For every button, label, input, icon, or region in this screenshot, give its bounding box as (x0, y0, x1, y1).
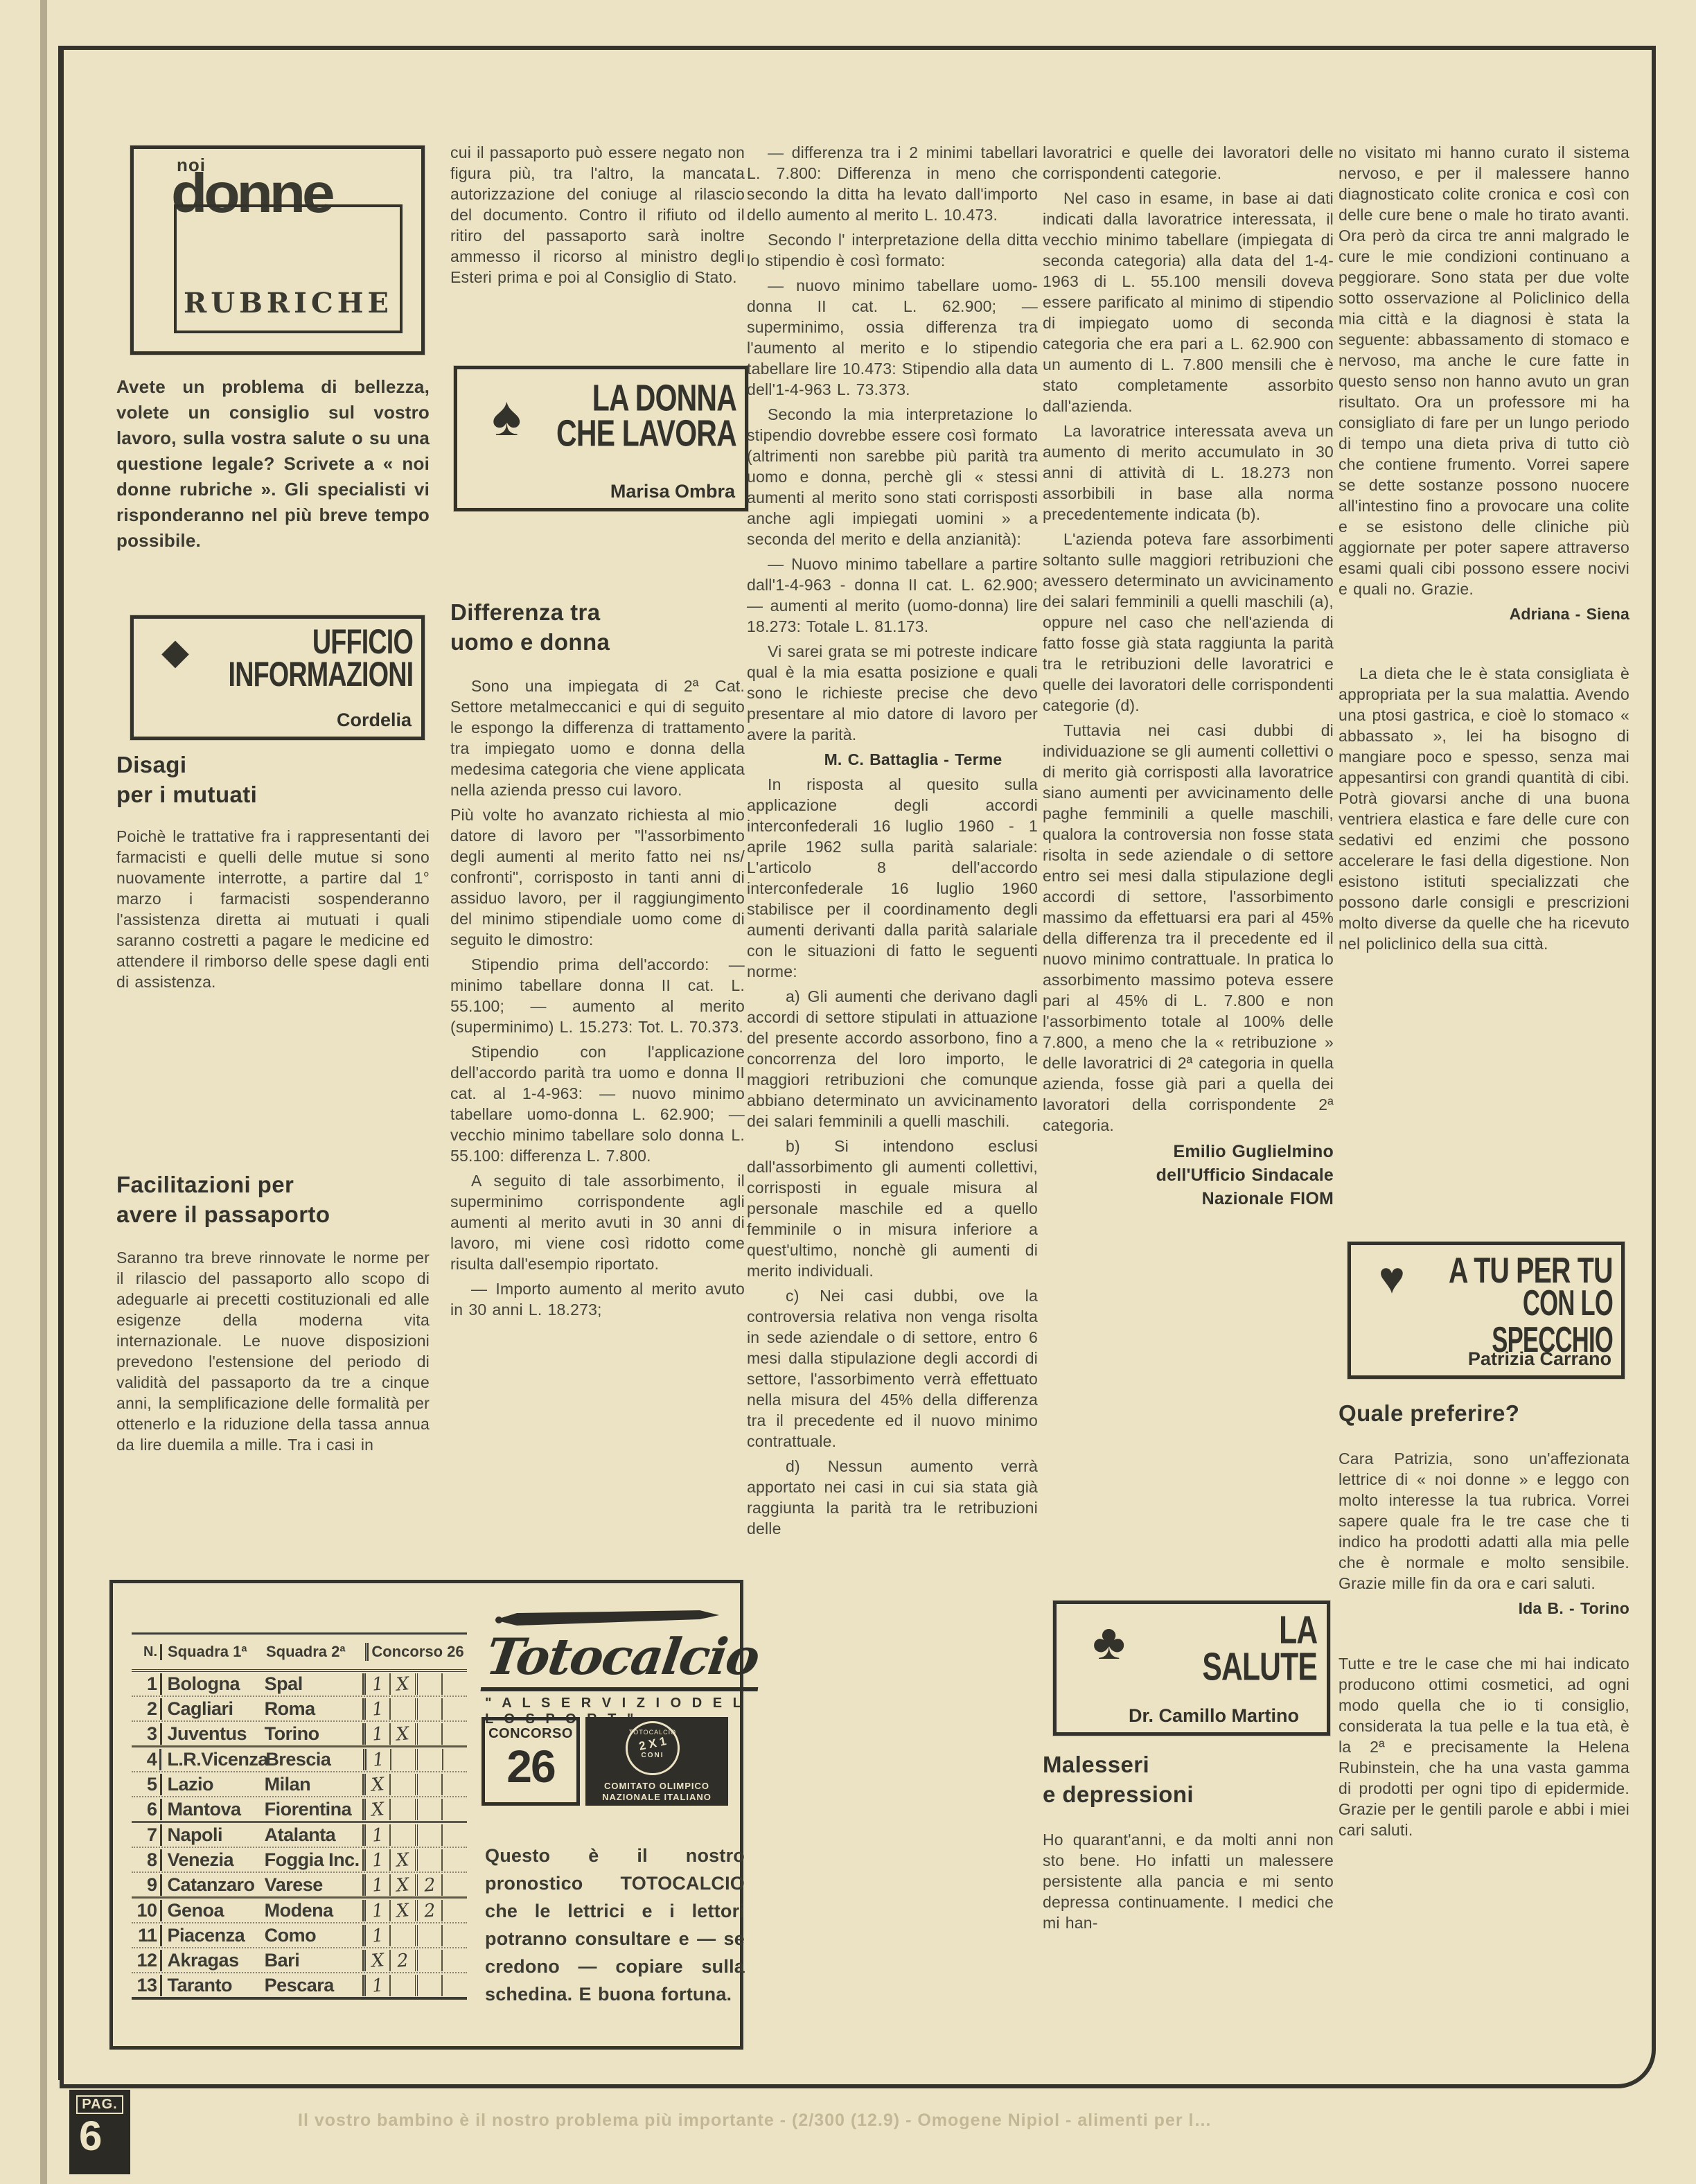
paragraph: Vi sarei grata se mi potreste indicare q… (747, 641, 1038, 745)
diamond-icon: ◆ (161, 631, 189, 673)
heading-differenza: Differenza trauomo e donna (450, 597, 610, 657)
salute-title-line1: LA (1279, 1611, 1317, 1650)
paragraph: Nel caso in esame, in base ai dati indic… (1043, 188, 1334, 416)
salute-title-line2: SALUTE (1202, 1648, 1317, 1687)
paragraph: Secondo la mia interpretazione lo stipen… (747, 404, 1038, 549)
paragraph: Stipendio prima dell'accordo: — minimo t… (450, 954, 745, 1037)
table-row: 11PiacenzaComo1 (132, 1923, 467, 1948)
expert-signature: Emilio Guglielmino dell'Ufficio Sindacal… (1043, 1140, 1334, 1210)
table-row: 7NapoliAtalanta1 (132, 1823, 467, 1848)
table-row: 4L.R.VicenzaBrescia1 (132, 1747, 467, 1772)
pen-icon (492, 1609, 721, 1627)
concorso-badge: CONCORSO 26 (482, 1717, 580, 1806)
article-salute-letter: no visitato mi hanno curato il sistema n… (1339, 142, 1629, 958)
donna-title-line2: CHE LAVORA (556, 414, 736, 452)
heading-malesseri: Malesserie depressioni (1043, 1750, 1194, 1809)
article-risposta-fiom: — differenza tra i 2 minimi tabellari L.… (747, 142, 1038, 2041)
letter-signature: Adriana - Siena (1339, 604, 1629, 624)
ufficio-informazioni-box: ◆ UFFICIO INFORMAZIONI Cordelia (130, 615, 425, 740)
page-number-box: PAG. 6 (69, 2090, 130, 2174)
rubriche-label: RUBRICHE (177, 287, 400, 319)
paragraph: La lavoratrice interessata aveva un aume… (1043, 421, 1334, 525)
letter-signature: M. C. Battaglia - Terme (747, 749, 1038, 770)
page-label: PAG. (76, 2095, 123, 2114)
donna-signature: Marisa Ombra (610, 481, 735, 502)
table-row: 2CagliariRoma1 (132, 1697, 467, 1722)
totocalcio-badges: CONCORSO 26 TOTOCALCIO 2 X 1 CONI COMITA… (482, 1717, 728, 1806)
paragraph: c) Nei casi dubbi, ove la controversia r… (747, 1285, 1038, 1452)
paragraph: Stipendio con l'applicazione dell'accord… (450, 1041, 745, 1166)
paragraph: Sono una impiegata di 2ª Cat. Settore me… (450, 676, 745, 800)
rubrics-intro: Avete un problema di bellezza, volete un… (116, 374, 430, 554)
totocalcio-table-header: N. Squadra 1ª Squadra 2ª Concorso 26 (132, 1632, 467, 1672)
article-quale-preferire: Cara Patrizia, sono un'affezionata lettr… (1339, 1448, 1629, 1844)
heading-disagi: Disagiper i mutuati (116, 750, 257, 809)
paragraph: Tutte e tre le case che mi hai indicato … (1339, 1653, 1629, 1840)
table-row: 3JuventusTorino1X (132, 1722, 467, 1747)
article-risposta-continuation: lavoratrici e quelle dei lavoratori dell… (1043, 142, 1334, 1210)
la-donna-che-lavora-box: ♠ LA DONNA CHE LAVORA Marisa Ombra (454, 366, 748, 511)
article-differenza-body: Sono una impiegata di 2ª Cat. Settore me… (450, 676, 745, 1324)
ufficio-title-line2: INFORMAZIONI (228, 657, 413, 692)
paragraph: d) Nessun aumento verrà apportato nei ca… (747, 1456, 1038, 1539)
totocalcio-note: Questo è il nostro pronostico TOTOCALCIO… (485, 1842, 745, 2008)
paragraph: L'azienda poteva fare assorbimenti solta… (1043, 529, 1334, 716)
paragraph: no visitato mi hanno curato il sistema n… (1339, 142, 1629, 599)
table-row: 8VeneziaFoggia Inc.1X (132, 1848, 467, 1873)
article-passaporto-body: Saranno tra breve rinnovate le norme per… (116, 1247, 430, 1455)
paragraph: — Nuovo minimo tabellare a partire dall'… (747, 554, 1038, 637)
paragraph: a) Gli aumenti che derivano dagli accord… (747, 986, 1038, 1131)
totocalcio-logo-block: Totocalcio " A L S E R V I Z I O D E L L… (485, 1609, 748, 1727)
paragraph: b) Si intendono esclusi dall'assorbiment… (747, 1136, 1038, 1281)
paragraph: La dieta che le è stata consigliata è ap… (1339, 663, 1629, 954)
page-frame-left (58, 46, 62, 2080)
paragraph: Più volte ho avanzato richiesta al mio d… (450, 804, 745, 950)
table-row: 13TarantoPescara1 (132, 1973, 467, 2000)
paragraph: — nuovo minimo tabellare uomo-donna II c… (747, 275, 1038, 400)
paragraph: Tuttavia nei casi dubbi di individuazion… (1043, 720, 1334, 1136)
rubriche-box: RUBRICHE (174, 204, 403, 333)
coni-badge: TOTOCALCIO 2 X 1 CONI COMITATO OLIMPICO … (585, 1717, 728, 1806)
paragraph: In risposta al quesito sulla applicazion… (747, 774, 1038, 982)
heading-facilitazioni: Facilitazioni peravere il passaporto (116, 1170, 330, 1229)
article-disagi-body: Poichè le trattative fra i rappresentant… (116, 826, 430, 992)
article-passaporto-continuation: cui il passaporto può essere negato non … (450, 142, 745, 288)
magazine-page: noi donne RUBRICHE Avete un problema di … (0, 0, 1696, 2184)
totocalcio-table: N. Squadra 1ª Squadra 2ª Concorso 26 1Bo… (132, 1632, 467, 2000)
table-row: 9CatanzaroVarese1X2 (132, 1873, 467, 1899)
table-row: 6MantovaFiorentinaX (132, 1797, 467, 1823)
table-row: 5LazioMilanX (132, 1772, 467, 1797)
salute-signature: Dr. Camillo Martino (1129, 1705, 1299, 1727)
table-row: 12AkragasBariX2 (132, 1948, 467, 1973)
la-salute-box: ♣ LA SALUTE Dr. Camillo Martino (1053, 1601, 1330, 1736)
paragraph: A seguito di tale assorbimento, il super… (450, 1170, 745, 1274)
club-icon: ♣ (1093, 1614, 1125, 1671)
coni-caption: COMITATO OLIMPICO NAZIONALE ITALIANO (585, 1781, 728, 1803)
page-edge-shadow (40, 0, 47, 2184)
letter-signature: Ida B. - Torino (1339, 1598, 1629, 1619)
paragraph: — differenza tra i 2 minimi tabellari L.… (747, 142, 1038, 225)
paragraph: lavoratrici e quelle dei lavoratori dell… (1043, 142, 1334, 184)
paragraph: — Importo aumento al merito avuto in 30 … (450, 1278, 745, 1320)
article-malesseri-body: Ho quarant'anni, e da molti anni non sto… (1043, 1829, 1334, 1933)
table-row: 1BolognaSpal1X (132, 1672, 467, 1697)
paragraph: Cara Patrizia, sono un'affezionata lettr… (1339, 1448, 1629, 1594)
a-tu-per-tu-box: ♥ A TU PER TU CON LO SPECCHIO Patrizia C… (1348, 1242, 1625, 1379)
page-number: 6 (79, 2117, 130, 2156)
table-row: 10GenoaModena1X2 (132, 1899, 467, 1923)
heading-quale-preferire: Quale preferire? (1339, 1398, 1519, 1428)
totocalcio-logo: Totocalcio (480, 1627, 766, 1691)
footer-ghost-text: Il vostro bambino è il nostro problema p… (298, 2111, 1642, 2131)
coni-emblem: TOTOCALCIO 2 X 1 CONI (626, 1721, 680, 1775)
paragraph: Secondo l' interpretazione della ditta l… (747, 229, 1038, 271)
masthead-box: noi donne RUBRICHE (130, 146, 425, 355)
ufficio-signature: Cordelia (337, 710, 412, 731)
specchio-signature: Patrizia Carrano (1468, 1348, 1611, 1370)
